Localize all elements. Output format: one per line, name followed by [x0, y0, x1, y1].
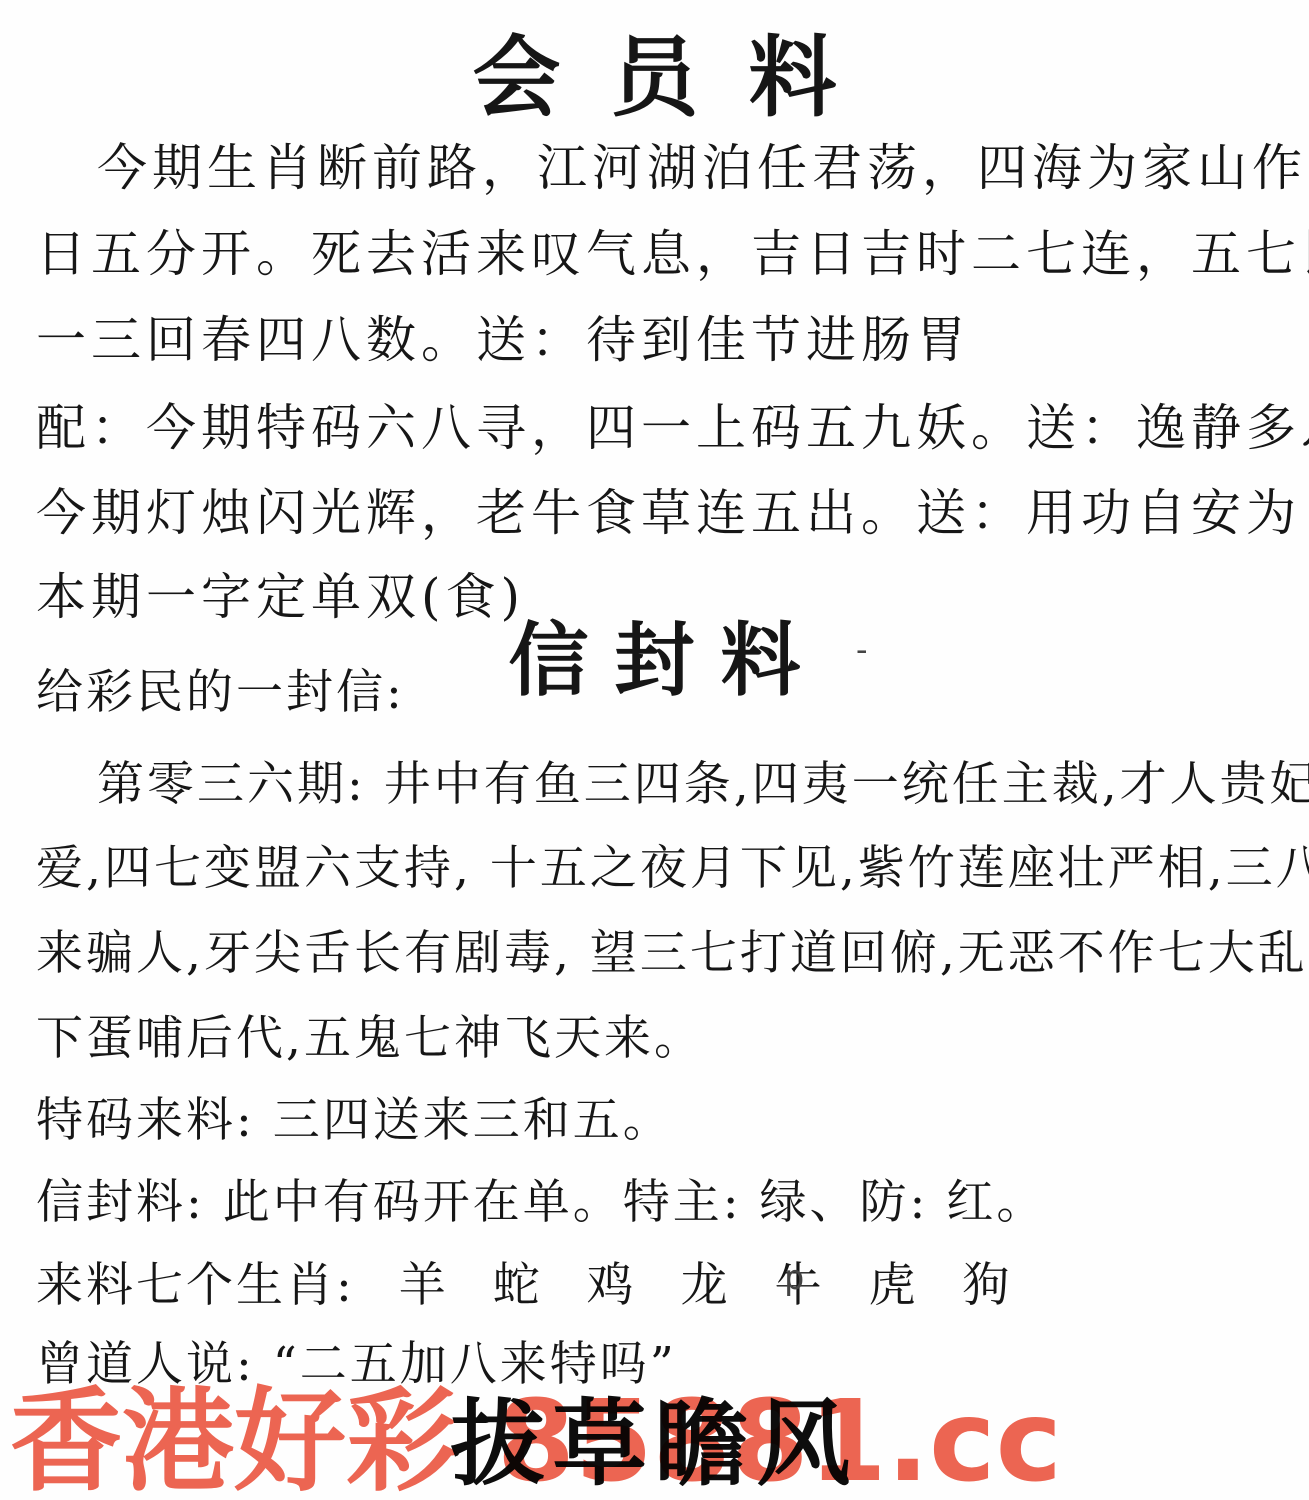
zodiac-line: 来料七个生肖: 羊 蛇 鸡 龙 牛 虎 狗	[36, 1248, 1012, 1315]
envelope-line-1: 第零三六期: 井中有鱼三四条,四夷一统任主裁,才人贵妃争宠	[97, 747, 1309, 814]
special-code-line: 特码来料: 三四送来三和五。	[36, 1083, 673, 1150]
member-line-2: 日五分开。死去活来叹气息，吉日吉时二七连，五七比翼志凌云，	[36, 214, 1309, 286]
scan-artifact-dash: -	[856, 630, 868, 670]
scan-artifact-mark: p	[784, 1258, 804, 1298]
envelope-line-3: 来骗人,牙尖舌长有剧毒, 望三七打道回俯,无恶不作七大乱,黑蛇	[36, 916, 1309, 983]
member-line-4: 配：今期特码六八寻，四一上码五九妖。送：逸静多思维。	[36, 388, 1309, 460]
scanned-lottery-tip-sheet: 会员料 今期生肖断前路，江河湖泊任君荡，四海为家山作宿，夜来当 日五分开。死去活…	[0, 0, 1309, 1500]
member-line-3: 一三回春四八数。送：待到佳节进肠胃	[36, 300, 971, 372]
member-section-title: 会员料	[0, 8, 1309, 134]
watermark-site-text: 香港好彩 85881.cc	[10, 1386, 1062, 1498]
member-line-5: 今期灯烛闪光辉，老牛食草连五出。送：用功自安为	[36, 473, 1301, 545]
envelope-material-line: 信封料: 此中有码开在单。特主: 绿、防: 红。	[36, 1165, 1046, 1232]
envelope-intro: 给彩民的一封信:	[36, 655, 405, 722]
member-line-1: 今期生肖断前路，江河湖泊任君荡，四海为家山作宿，夜来当	[97, 128, 1309, 200]
envelope-line-4: 下蛋哺后代,五鬼七神飞天来。	[36, 1001, 704, 1068]
envelope-line-2: 爱,四七变盟六支持, 十五之夜月下见,紫竹莲座壮严相,三八不用	[36, 831, 1309, 898]
